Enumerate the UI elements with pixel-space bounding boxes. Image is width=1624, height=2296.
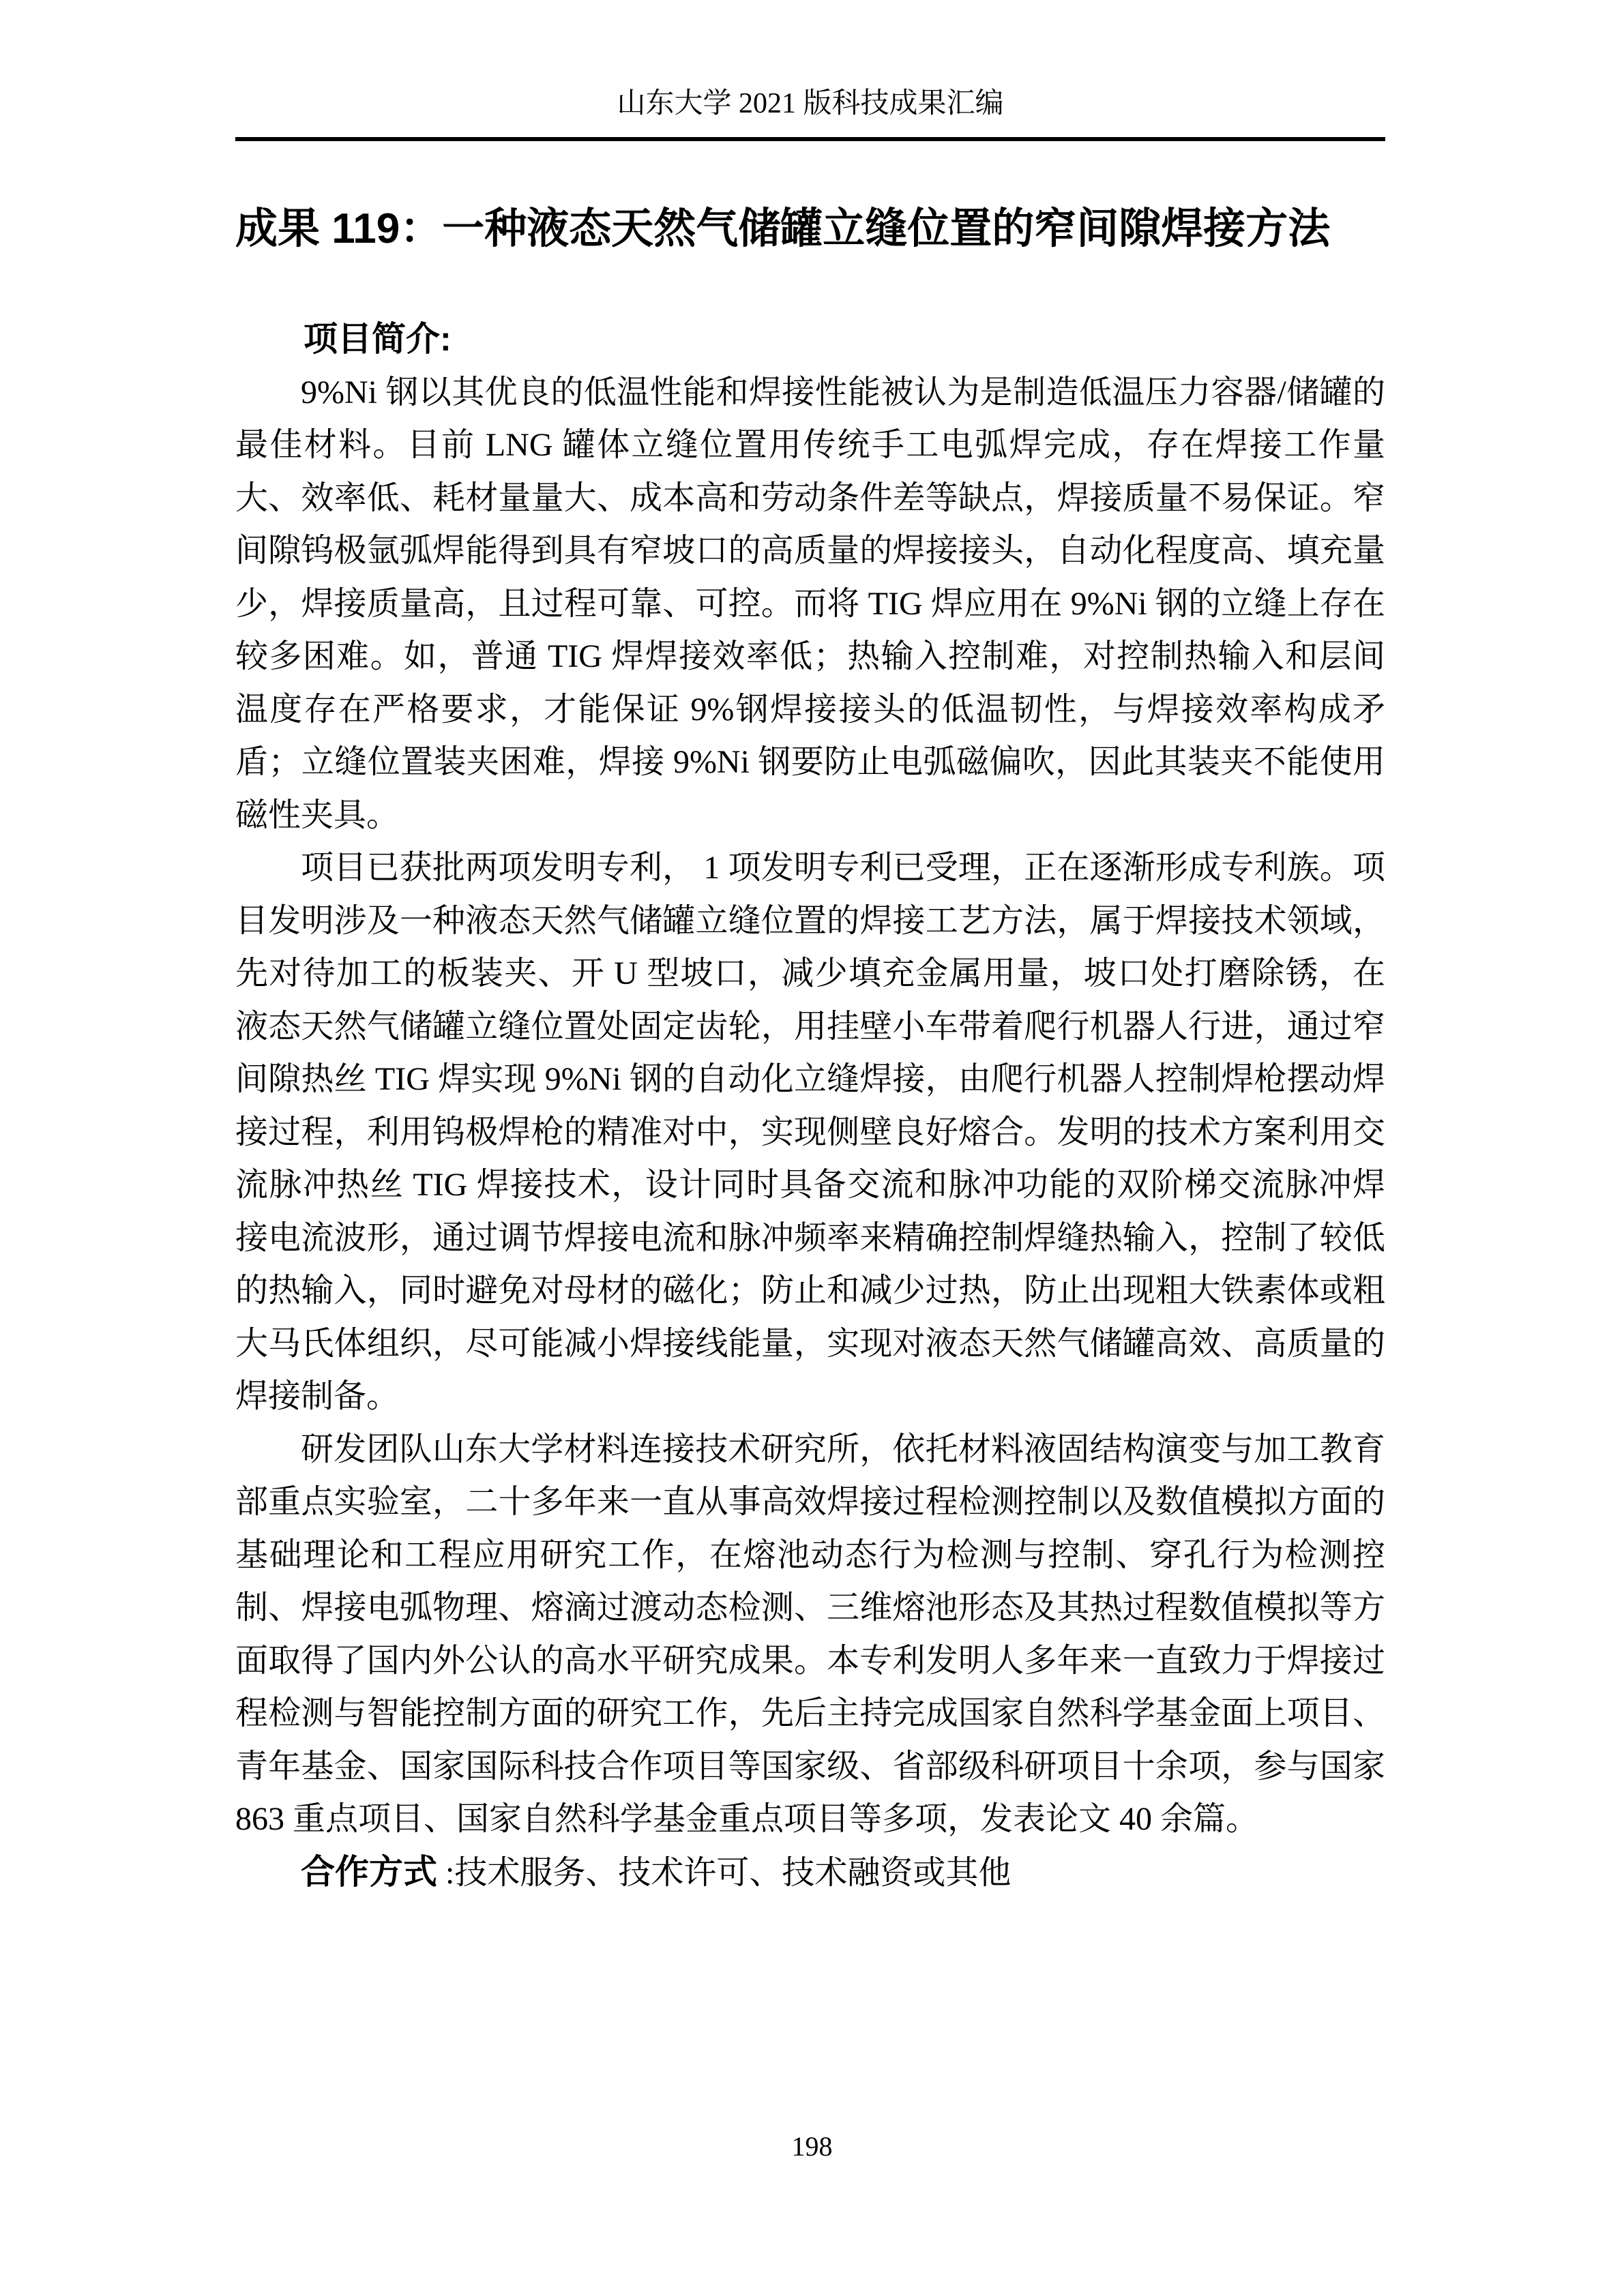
- main-text-block: 项目简介: 9%Ni 钢以其优良的低温性能和焊接性能被认为是制造低温压力容器/储…: [235, 313, 1385, 1899]
- header-rule: [235, 137, 1385, 141]
- paragraph-background: 9%Ni 钢以其优良的低温性能和焊接性能被认为是制造低温压力容器/储罐的最佳材料…: [235, 366, 1385, 842]
- cooperation-value: :技术服务、技术许可、技术融资或其他: [437, 1855, 1011, 1891]
- section-heading-project-intro: 项目简介:: [235, 313, 1385, 366]
- document-page: 山东大学 2021 版科技成果汇编 成果 119：一种液态天然气储罐立缝位置的窄…: [0, 0, 1624, 2296]
- page-number: 198: [0, 2130, 1624, 2163]
- running-header: 山东大学 2021 版科技成果汇编: [235, 86, 1385, 121]
- paragraph-team: 研发团队山东大学材料连接技术研究所，依托材料液固结构演变与加工教育部重点实验室，…: [235, 1423, 1385, 1846]
- cooperation-label: 合作方式: [301, 1853, 437, 1891]
- page-title: 成果 119：一种液态天然气储罐立缝位置的窄间隙焊接方法: [235, 202, 1388, 256]
- paragraph-invention: 项目已获批两项发明专利， 1 项发明专利已受理，正在逐渐形成专利族。项目发明涉及…: [235, 841, 1385, 1423]
- cooperation-line: 合作方式 :技术服务、技术许可、技术融资或其他: [235, 1846, 1385, 1900]
